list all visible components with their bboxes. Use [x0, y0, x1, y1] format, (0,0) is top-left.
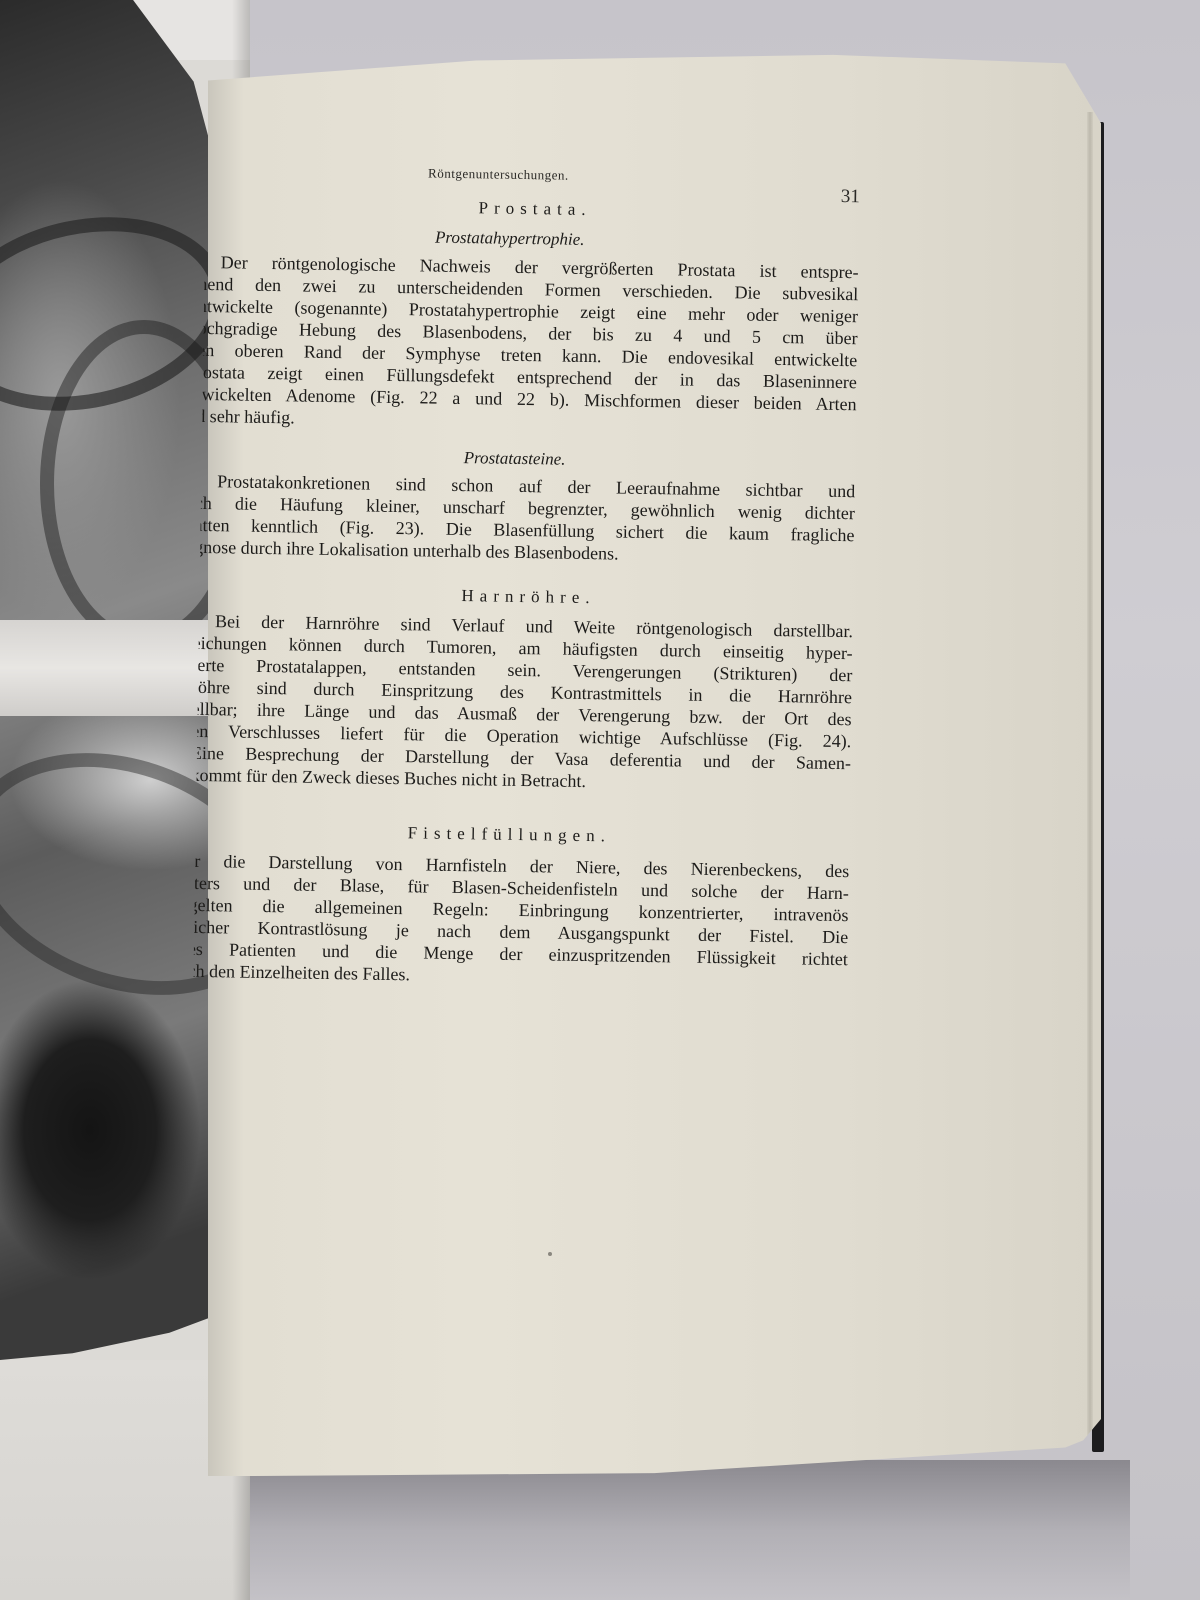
subheading-prostatahypertrophie: Prostatahypertrophie. [435, 228, 585, 250]
subheading-prostatasteine: Prostatasteine. [463, 448, 565, 470]
section-heading-prostata: Prostata. [478, 198, 591, 220]
book-photo-scene: Röntgenuntersuchungen. 31 Prostata. Pros… [0, 0, 1200, 1600]
section-heading-harnroehre: Harnröhre. [461, 586, 595, 608]
paragraph-prostatahypertrophie: Der röntgenologische Nachweis der vergrö… [196, 251, 859, 437]
paragraph-fistelfuellungen: ir die Darstellung von Harnfisteln der N… [187, 850, 849, 992]
paragraph-harnroehre: Bei der Harnröhre sind Verlauf und Weite… [190, 610, 853, 796]
running-head: Röntgenuntersuchungen. [428, 165, 569, 183]
page-text-block: Röntgenuntersuchungen. 31 Prostata. Pros… [186, 52, 1101, 1490]
paper-speck [548, 1252, 552, 1256]
paragraph-prostatasteine: Prostatakonkretionen sind schon auf der … [194, 470, 855, 568]
page-number: 31 [841, 186, 860, 208]
section-heading-fistelfuellungen: Fistelfüllungen. [408, 823, 611, 846]
